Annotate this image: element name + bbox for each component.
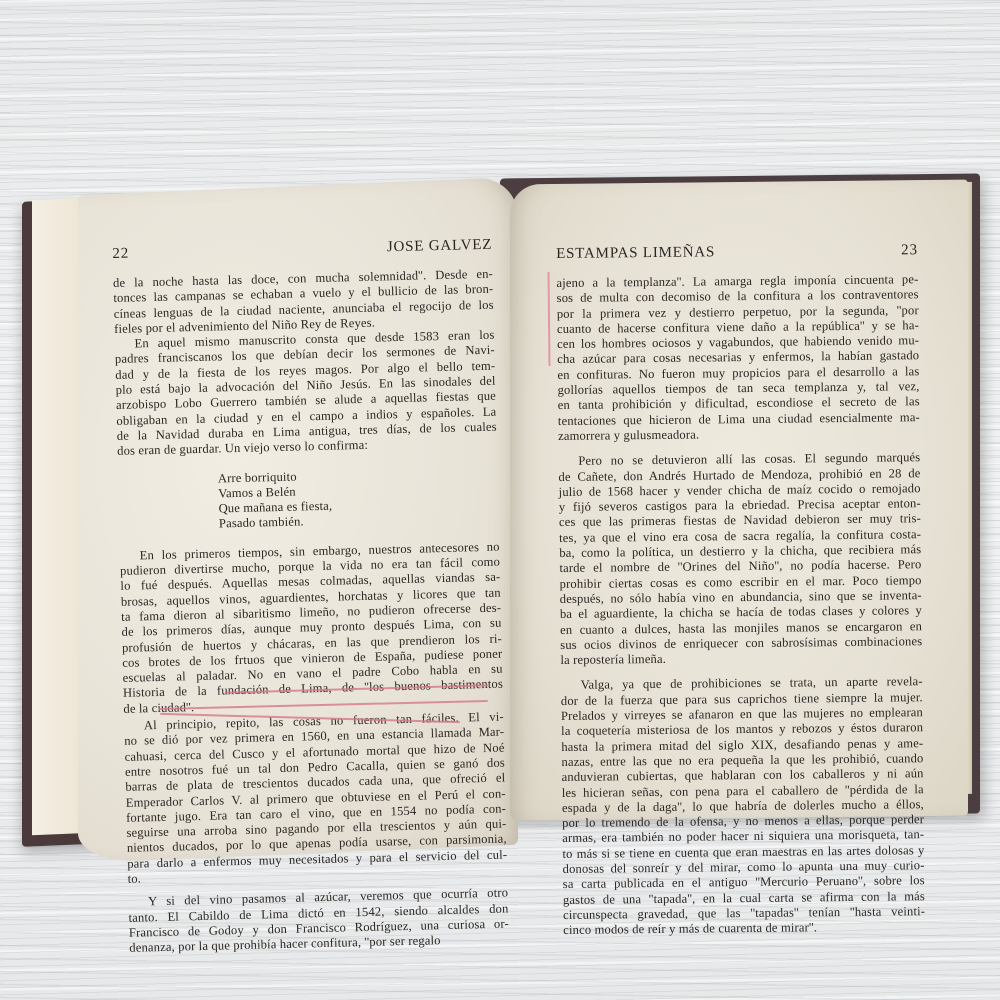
text-line: zamorrera y gulusmeadora. xyxy=(558,425,920,444)
paragraph: Y si del vino pasamos al azúcar, veremos… xyxy=(128,886,509,956)
text-line: cinco modos de reír y más de cuarenta de… xyxy=(563,919,925,938)
right-page-text: ESTAMPAS LIMEÑAS 23 ajeno a la templanza… xyxy=(556,236,925,938)
paragraph: de la noche hasta las doce, con mucha so… xyxy=(113,267,494,337)
paragraph: En aquel mismo manuscrito consta que des… xyxy=(114,328,497,460)
left-paragraphs: de la noche hasta las doce, con mucha so… xyxy=(113,267,497,460)
page-number: 23 xyxy=(901,243,918,258)
open-book: 22 JOSE GALVEZ de la noche hasta las doc… xyxy=(0,0,1000,1000)
text-line: la repostería limeña. xyxy=(560,649,922,668)
right-running-head: ESTAMPAS LIMEÑAS 23 xyxy=(556,236,918,262)
paragraph: Valga, ya que de prohibiciones se trata,… xyxy=(561,675,926,939)
paragraph: Pero no se detuvieron allí las cosas. El… xyxy=(558,450,922,668)
running-head-title: JOSE GALVEZ xyxy=(387,237,493,255)
running-head-title: ESTAMPAS LIMEÑAS xyxy=(556,245,715,262)
paragraph: Al principio, repito, las cosas no fuero… xyxy=(124,710,508,887)
paragraph: ajeno a la templanza''. La amarga regla … xyxy=(556,272,920,444)
left-paragraphs-continued: En los primeros tiempos, sin embargo, nu… xyxy=(120,539,510,956)
verse: Arre borriquitoVamos a BelénQue mañana e… xyxy=(218,464,499,532)
right-paragraphs: ajeno a la templanza''. La amarga regla … xyxy=(556,272,925,938)
page-number: 22 xyxy=(112,246,129,262)
left-page-text: 22 JOSE GALVEZ de la noche hasta las doc… xyxy=(112,231,509,957)
